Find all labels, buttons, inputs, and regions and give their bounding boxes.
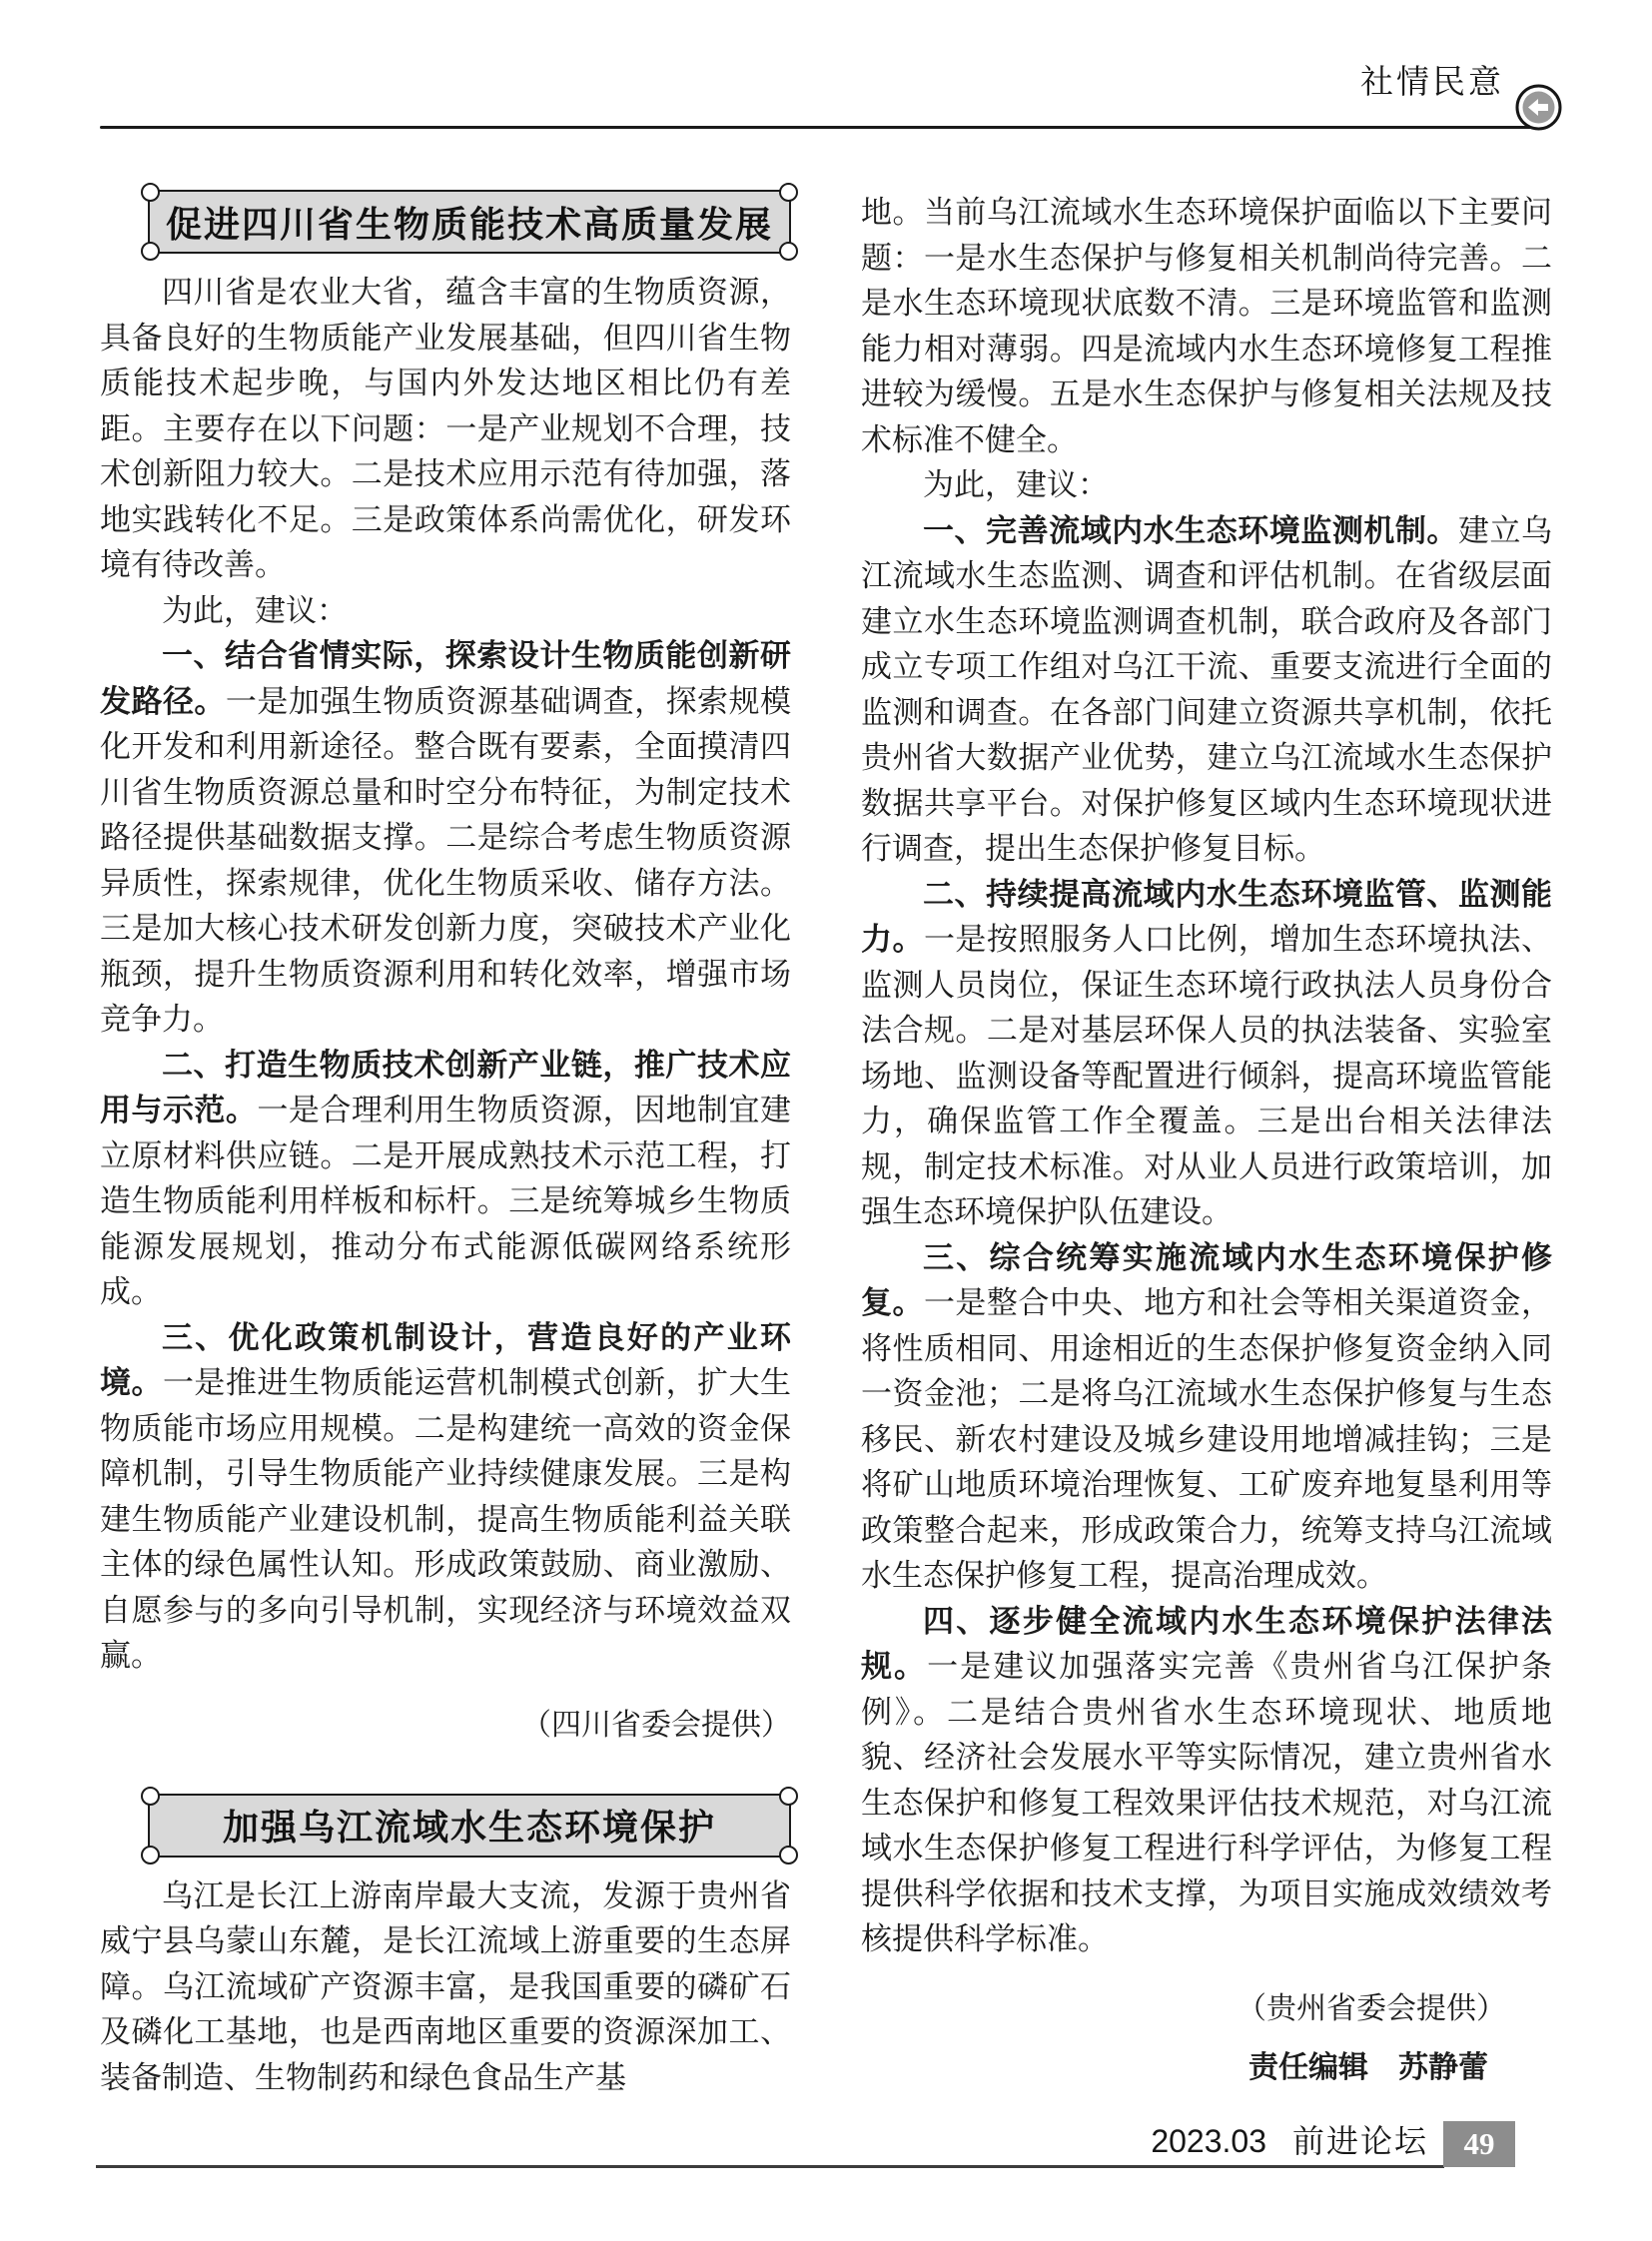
article2-title-box: 加强乌江流域水生态环境保护 <box>148 1794 791 1858</box>
right-column: 地。当前乌江流域水生态环境保护面临以下主要问题：一是水生态保护与修复相关机制尚待… <box>861 190 1552 2090</box>
article2-intro-paragraph-part2: 地。当前乌江流域水生态环境保护面临以下主要问题：一是水生态保护与修复相关机制尚待… <box>861 190 1552 462</box>
header-rule <box>100 126 1546 129</box>
article1-call-line: 为此，建议： <box>100 588 791 634</box>
article1-title-box: 促进四川省生物质能技术高质量发展 <box>148 190 791 254</box>
corner-notch-icon <box>141 183 160 202</box>
recommendation-body: 一是整合中央、地方和社会等相关渠道资金，将性质相同、用途相近的生态保护修复资金纳… <box>861 1285 1552 1593</box>
recommendation-body: 一是推进生物质能运营机制模式创新，扩大生物质能市场应用规模。二是构建统一高效的资… <box>100 1365 791 1673</box>
article1-recommendation-1: 一、结合省情实际，探索设计生物质能创新研发路径。一是加强生物质资源基础调查，探索… <box>100 633 791 1043</box>
article2-intro-paragraph-part1: 乌江是长江上游南岸最大支流，发源于贵州省威宁县乌蒙山东麓，是长江流域上游重要的生… <box>100 1873 791 2101</box>
footer-journal-name: 前进论坛 <box>1292 2123 1428 2159</box>
article1-recommendation-2: 二、打造生物质技术创新产业链，推广技术应用与示范。一是合理利用生物质资源，因地制… <box>100 1043 791 1315</box>
recommendation-lead: 一、完善流域内水生态环境监测机制。 <box>923 513 1458 548</box>
article2-recommendation-1: 一、完善流域内水生态环境监测机制。建立乌江流域水生态监测、调查和评估机制。在省级… <box>861 508 1552 872</box>
magazine-page: 社情民意 促进四川省生物质能技术高质量发展 四川省是农业大省，蕴含丰富的生物质资… <box>0 0 1652 2241</box>
article2-call-line: 为此，建议： <box>861 462 1552 508</box>
back-arrow-icon <box>1515 84 1562 131</box>
article2-recommendation-2: 二、持续提高流域内水生态环境监管、监测能力。一是按照服务人口比例，增加生态环境执… <box>861 872 1552 1235</box>
responsible-editor-line: 责任编辑 苏静蕾 <box>861 2045 1552 2090</box>
corner-notch-icon <box>779 1787 798 1806</box>
corner-notch-icon <box>141 242 160 261</box>
corner-notch-icon <box>779 1846 798 1865</box>
page-number-badge: 49 <box>1443 2121 1515 2167</box>
article2-recommendation-4: 四、逐步健全流域内水生态环境保护法律法规。一是建议加强落实完善《贵州省乌江保护条… <box>861 1599 1552 1962</box>
corner-notch-icon <box>141 1787 160 1806</box>
left-column: 促进四川省生物质能技术高质量发展 四川省是农业大省，蕴含丰富的生物质资源，具备良… <box>100 190 791 2100</box>
corner-notch-icon <box>141 1846 160 1865</box>
article2-recommendation-3: 三、综合统筹实施流域内水生态环境保护修复。一是整合中央、地方和社会等相关渠道资金… <box>861 1235 1552 1599</box>
footer-rule <box>96 2165 1444 2168</box>
article2-title: 加强乌江流域水生态环境保护 <box>223 1800 716 1851</box>
corner-notch-icon <box>779 183 798 202</box>
article2-attribution: （贵州省委会提供） <box>861 1986 1552 2031</box>
article1-intro-paragraph: 四川省是农业大省，蕴含丰富的生物质资源，具备良好的生物质能产业发展基础，但四川省… <box>100 270 791 588</box>
recommendation-body: 一是加强生物质资源基础调查，探索规模化开发和利用新途径。整合既有要素，全面摸清四… <box>100 684 791 1038</box>
recommendation-body: 一是建议加强落实完善《贵州省乌江保护条例》。二是结合贵州省水生态环境现状、地质地… <box>861 1649 1552 1956</box>
corner-notch-icon <box>779 242 798 261</box>
footer-text: 2023.03前进论坛 <box>1151 2121 1428 2161</box>
article1-title: 促进四川省生物质能技术高质量发展 <box>166 197 773 248</box>
article1-recommendation-3: 三、优化政策机制设计，营造良好的产业环境。一是推进生物质能运营机制模式创新，扩大… <box>100 1315 791 1679</box>
recommendation-body: 建立乌江流域水生态监测、调查和评估机制。在省级层面建立水生态环境监测调查机制，联… <box>861 513 1552 867</box>
section-label: 社情民意 <box>1360 62 1504 102</box>
recommendation-body: 一是按照服务人口比例，增加生态环境执法、监测人员岗位，保证生态环境行政执法人员身… <box>861 922 1552 1229</box>
article1-attribution: （四川省委会提供） <box>100 1703 791 1748</box>
footer-issue: 2023.03 <box>1151 2123 1266 2159</box>
